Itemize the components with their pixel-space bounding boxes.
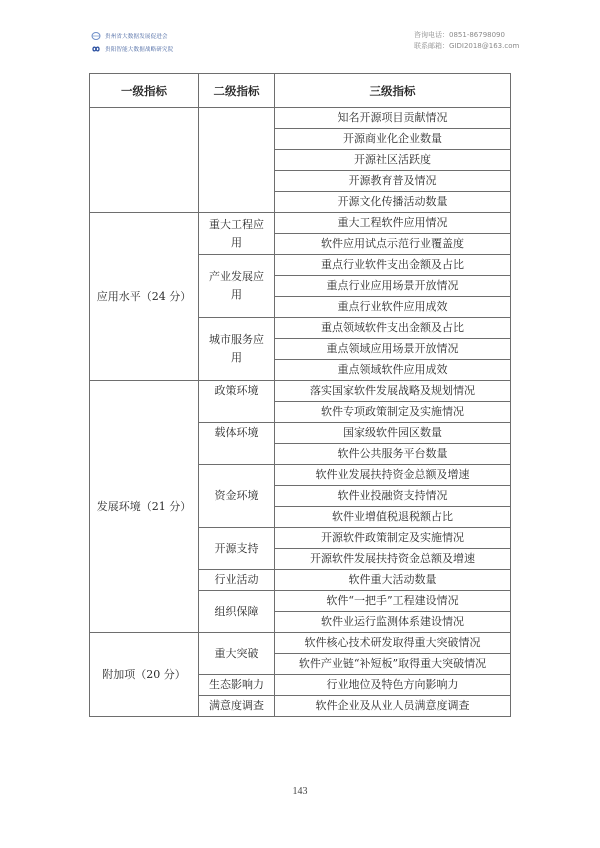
contact-email: 联系邮箱：GIDI2018@163.com	[414, 41, 519, 52]
logo-text-2: 贵阳智能大数据战略研究院	[105, 45, 173, 53]
level2-cell: 载体环境	[199, 423, 275, 444]
level1-cell: 应用水平（24 分）	[90, 213, 199, 381]
level3-cell: 软件业投融资支持情况	[275, 486, 511, 507]
level3-cell: 软件应用试点示范行业覆盖度	[275, 234, 511, 255]
org-globe-logo-icon	[90, 32, 102, 40]
level3-cell: 重点领域应用场景开放情况	[275, 339, 511, 360]
level2-cell: 产业发展应用	[199, 255, 275, 318]
level2-cell: 政策环境	[199, 381, 275, 402]
level3-cell: 重点行业软件支出金额及占比	[275, 255, 511, 276]
column-header-level3: 三级指标	[275, 74, 511, 108]
level3-cell: 开源教育普及情况	[275, 171, 511, 192]
level2-cell	[199, 108, 275, 213]
level3-cell: 开源文化传播活动数量	[275, 192, 511, 213]
table-header-row: 一级指标 二级指标 三级指标	[90, 74, 511, 108]
level3-cell: 重点领域软件应用成效	[275, 360, 511, 381]
email-label: 联系邮箱：	[414, 42, 449, 50]
table-row: 附加项（20 分） 重大突破 软件核心技术研发取得重大突破情况	[90, 633, 511, 654]
level3-cell: 软件专项政策制定及实施情况	[275, 402, 511, 423]
level2-cell: 开源支持	[199, 528, 275, 570]
level3-cell: 软件重大活动数量	[275, 570, 511, 591]
level2-cell-empty	[199, 402, 275, 423]
level3-cell: 开源软件政策制定及实施情况	[275, 528, 511, 549]
table-row: 知名开源项目贡献情况	[90, 108, 511, 129]
level3-cell: 软件业发展扶持资金总额及增速	[275, 465, 511, 486]
column-header-level2: 二级指标	[199, 74, 275, 108]
table-row: 发展环境（21 分） 政策环境 落实国家软件发展战略及规划情况	[90, 381, 511, 402]
level3-cell: 开源商业化企业数量	[275, 129, 511, 150]
level3-cell: 知名开源项目贡献情况	[275, 108, 511, 129]
header-contact: 咨询电话：0851-86798090 联系邮箱：GIDI2018@163.com	[414, 30, 519, 52]
email-value: GIDI2018@163.com	[449, 42, 519, 50]
level2-cell: 资金环境	[199, 465, 275, 528]
level3-cell: 行业地位及特色方向影响力	[275, 675, 511, 696]
level2-cell: 行业活动	[199, 570, 275, 591]
level2-cell: 重大工程应用	[199, 213, 275, 255]
level3-cell: 重大工程软件应用情况	[275, 213, 511, 234]
contact-phone: 咨询电话：0851-86798090	[414, 30, 519, 41]
logo-line-1: 贵州省大数据发展促进会	[90, 30, 220, 41]
level1-cell: 附加项（20 分）	[90, 633, 199, 717]
level2-cell: 生态影响力	[199, 675, 275, 696]
level3-cell: 落实国家软件发展战略及规划情况	[275, 381, 511, 402]
level1-cell: 发展环境（21 分）	[90, 381, 199, 633]
column-header-level1: 一级指标	[90, 74, 199, 108]
header-logo: 贵州省大数据发展促进会 贵阳智能大数据战略研究院	[90, 30, 220, 56]
level2-cell: 重大突破	[199, 633, 275, 675]
level3-cell: 软件产业链“补短板”取得重大突破情况	[275, 654, 511, 675]
level3-cell: 国家级软件园区数量	[275, 423, 511, 444]
level3-cell: 软件公共服务平台数量	[275, 444, 511, 465]
phone-label: 咨询电话：	[414, 31, 449, 39]
org-infinity-logo-icon	[90, 45, 102, 53]
logo-line-2: 贵阳智能大数据战略研究院	[90, 43, 220, 54]
logo-text-1: 贵州省大数据发展促进会	[105, 32, 168, 40]
level3-cell: 开源社区活跃度	[275, 150, 511, 171]
level2-cell: 满意度调查	[199, 696, 275, 717]
level3-cell: 软件核心技术研发取得重大突破情况	[275, 633, 511, 654]
level3-cell: 重点行业软件应用成效	[275, 297, 511, 318]
level3-cell: 开源软件发展扶持资金总额及增速	[275, 549, 511, 570]
level3-cell: 重点领域软件支出金额及占比	[275, 318, 511, 339]
level3-cell: 软件业运行监测体系建设情况	[275, 612, 511, 633]
level3-cell: 软件企业及从业人员满意度调查	[275, 696, 511, 717]
level3-cell: 重点行业应用场景开放情况	[275, 276, 511, 297]
level2-cell: 组织保障	[199, 591, 275, 633]
table-row: 应用水平（24 分） 重大工程应用 重大工程软件应用情况	[90, 213, 511, 234]
phone-value: 0851-86798090	[449, 31, 505, 39]
level1-cell	[90, 108, 199, 213]
indicator-table: 一级指标 二级指标 三级指标 知名开源项目贡献情况 开源商业化企业数量 开源社区…	[89, 73, 511, 717]
page-number: 143	[0, 786, 600, 797]
level2-cell: 城市服务应用	[199, 318, 275, 381]
level3-cell: 软件业增值税退税额占比	[275, 507, 511, 528]
level3-cell: 软件“一把手”工程建设情况	[275, 591, 511, 612]
level2-cell-empty	[199, 444, 275, 465]
